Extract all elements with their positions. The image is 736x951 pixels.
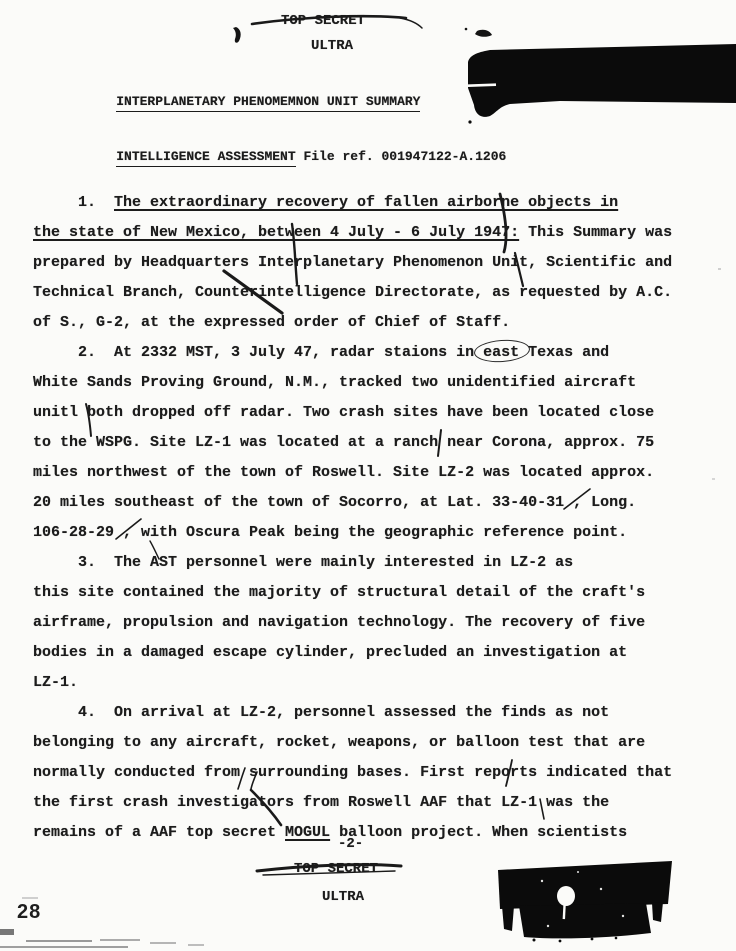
file-ref-line: INTELLIGENCE ASSESSMENT File ref. 001947… [85,134,506,182]
compartment-bottom: ULTRA [322,889,364,905]
paragraph: 4. On arrival at LZ-2, personnel assesse… [33,698,705,848]
document-line: the state of New Mexico, between 4 July … [33,218,705,248]
paragraph: 2. At 2332 MST, 3 July 47, radar staions… [33,338,705,548]
text-run: The extraordinary recovery of fallen air… [114,194,618,211]
text-run: unitl both dropped off radar. Two crash … [33,404,654,421]
document-line: Technical Branch, Counterintelligence Di… [33,278,705,308]
paragraph: 3. The AST personnel were mainly interes… [33,548,705,698]
document-title: INTERPLANETARY PHENOMEMNON UNIT SUMMARY [85,79,420,127]
document-line: to the WSPG. Site LZ-1 was located at a … [33,428,705,458]
document-line: prepared by Headquarters Interplanetary … [33,248,705,278]
document-line: unitl both dropped off radar. Two crash … [33,398,705,428]
compartment-top: ULTRA [311,38,353,54]
document-line: normally conducted from surrounding base… [33,758,705,788]
circled-word: east [483,344,519,361]
document-line: 4. On arrival at LZ-2, personnel assesse… [33,698,705,728]
text-run: this site contained the majority of stru… [33,584,645,601]
document-line: airframe, propulsion and navigation tech… [33,608,705,638]
text-run: bodies in a damaged escape cylinder, pre… [33,644,627,661]
classification-bottom: TOP SECRET [294,861,378,877]
document-line: this site contained the majority of stru… [33,578,705,608]
document-line: 106-28-29 , with Oscura Peak being the g… [33,518,705,548]
document-line: 2. At 2332 MST, 3 July 47, radar staions… [33,338,705,368]
text-run: White Sands Proving Ground, N.M., tracke… [33,374,636,391]
document-line: the first crash investigators from Roswe… [33,788,705,818]
text-run: 106-28-29 , with Oscura Peak being the g… [33,524,627,541]
document-line: 20 miles southeast of the town of Socorr… [33,488,705,518]
document-line: 1. The extraordinary recovery of fallen … [33,188,705,218]
redaction-block-bottom-right [498,861,672,942]
document-line: 3. The AST personnel were mainly interes… [33,548,705,578]
assessment-label: INTELLIGENCE ASSESSMENT [116,149,295,167]
classification-top: TOP SECRET [281,13,365,29]
text-run: remains of a AAF top secret [33,824,285,841]
document-line: of S., G-2, at the expressed order of Ch… [33,308,705,338]
document-body: 1. The extraordinary recovery of fallen … [33,188,705,848]
book-page-number: 28 [17,901,41,924]
document-line: LZ-1. [33,668,705,698]
document-title-text: INTERPLANETARY PHENOMEMNON UNIT SUMMARY [116,94,420,112]
text-run: 20 miles southeast of the town of Socorr… [33,494,636,511]
paragraph: 1. The extraordinary recovery of fallen … [33,188,705,338]
text-run: 4. On arrival at LZ-2, personnel assesse… [33,704,609,721]
text-run: 3. The AST personnel were mainly interes… [33,554,573,571]
file-ref: File ref. 001947122-A.1206 [296,149,507,164]
document-line: belonging to any aircraft, rocket, weapo… [33,728,705,758]
text-run: miles northwest of the town of Roswell. … [33,464,654,481]
document-line: miles northwest of the town of Roswell. … [33,458,705,488]
text-run: prepared by Headquarters Interplanetary … [33,254,672,271]
text-run: of S., G-2, at the expressed order of Ch… [33,314,510,331]
text-run: Technical Branch, Counterintelligence Di… [33,284,672,301]
text-run: belonging to any aircraft, rocket, weapo… [33,734,645,751]
page-number: -2- [338,836,363,852]
text-run: the state of New Mexico, between 4 July … [33,224,519,241]
text-run: LZ-1. [33,674,78,691]
text-run: Texas and [519,344,609,361]
text-run: airframe, propulsion and navigation tech… [33,614,645,631]
text-run: 1. [33,194,114,211]
text-run: balloon project. When scientists [330,824,627,841]
document-line: White Sands Proving Ground, N.M., tracke… [33,368,705,398]
document-line: bodies in a damaged escape cylinder, pre… [33,638,705,668]
text-run: MOGUL [285,824,330,841]
redaction-block-top-right [461,44,736,124]
text-run: normally conducted from surrounding base… [33,764,672,781]
text-run: This Summary was [519,224,672,241]
scanned-document-page: TOP SECRET ULTRA INTERPLANETARY PHENOMEM… [0,0,736,951]
ink-blot-marks-icon [233,27,492,43]
text-run: to the WSPG. Site LZ-1 was located at a … [33,434,654,451]
document-line: remains of a AAF top secret MOGUL balloo… [33,818,705,848]
text-run: the first crash investigators from Roswe… [33,794,609,811]
text-run: 2. At 2332 MST, 3 July 47, radar staions… [33,344,483,361]
